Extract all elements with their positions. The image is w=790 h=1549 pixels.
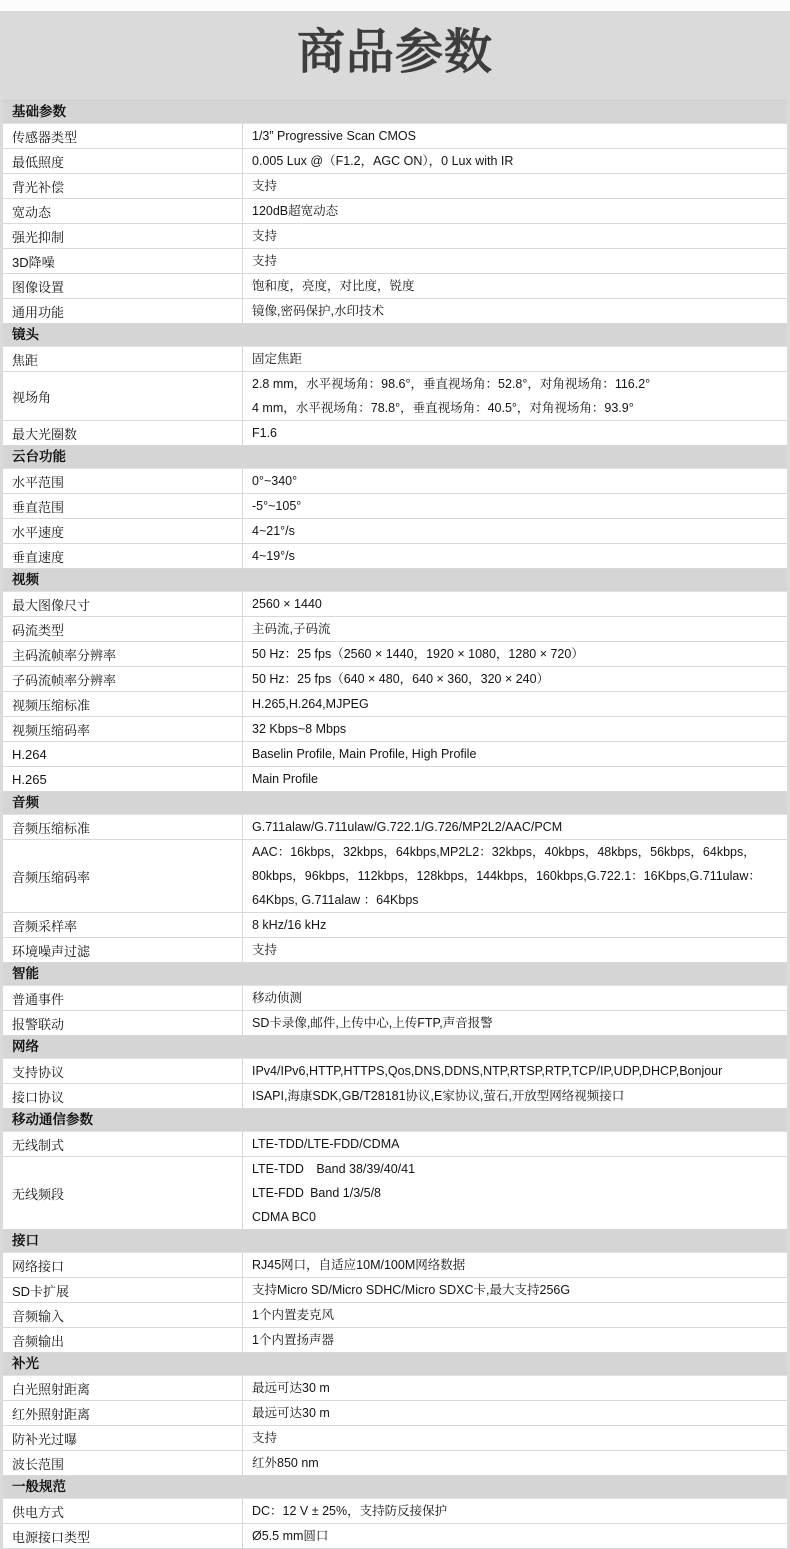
spec-row-value: 4~21°/s bbox=[243, 519, 787, 543]
title-area: 商品参数 bbox=[0, 11, 790, 100]
spec-row: 垂直速度 4~19°/s bbox=[3, 544, 787, 569]
section-rows: 传感器类型 1/3” Progressive Scan CMOS 最低照度 0.… bbox=[3, 124, 787, 324]
spec-row-label: 音频采样率 bbox=[3, 913, 243, 937]
spec-row-value: 0.005 Lux @（F1.2，AGC ON），0 Lux with IR bbox=[243, 149, 787, 173]
spec-row-label: 视频压缩标准 bbox=[3, 692, 243, 716]
spec-row-label: 传感器类型 bbox=[3, 124, 243, 148]
spec-row: 水平范围 0°~340° bbox=[3, 469, 787, 494]
spec-row: 水平速度 4~21°/s bbox=[3, 519, 787, 544]
spec-row-value: Ø5.5 mm圆口 bbox=[243, 1524, 787, 1548]
section-rows: 最大图像尺寸 2560 × 1440 码流类型 主码流,子码流 主码流帧率分辨率… bbox=[3, 592, 787, 792]
spec-row-value: 支持 bbox=[243, 224, 787, 248]
spec-row-value: 支持 bbox=[243, 938, 787, 962]
spec-row: H.265 Main Profile bbox=[3, 767, 787, 792]
spec-row: 宽动态 120dB超宽动态 bbox=[3, 199, 787, 224]
spec-row: 白光照射距离 最远可达30 m bbox=[3, 1376, 787, 1401]
spec-row-label: 波长范围 bbox=[3, 1451, 243, 1475]
spec-row-value: 4~19°/s bbox=[243, 544, 787, 568]
spec-row-label: 水平范围 bbox=[3, 469, 243, 493]
spec-row-label: 通用功能 bbox=[3, 299, 243, 323]
section-header: 视频 bbox=[3, 569, 787, 592]
spec-row-label: 无线频段 bbox=[3, 1157, 243, 1229]
spec-row-value: 50 Hz：25 fps（2560 × 1440，1920 × 1080，128… bbox=[243, 642, 787, 666]
spec-row: 音频压缩码率 AAC：16kbps，32kbps，64kbps,MP2L2：32… bbox=[3, 840, 787, 913]
spec-row: 视频压缩码率 32 Kbps~8 Mbps bbox=[3, 717, 787, 742]
spec-row-value: 0°~340° bbox=[243, 469, 787, 493]
spec-row-label: H.264 bbox=[3, 742, 243, 766]
spec-row-value: 50 Hz：25 fps（640 × 480，640 × 360，320 × 2… bbox=[243, 667, 787, 691]
spec-row: 音频压缩标准 G.711alaw/G.711ulaw/G.722.1/G.726… bbox=[3, 815, 787, 840]
spec-row: 最低照度 0.005 Lux @（F1.2，AGC ON），0 Lux with… bbox=[3, 149, 787, 174]
section-header: 网络 bbox=[3, 1036, 787, 1059]
section-rows: 音频压缩标准 G.711alaw/G.711ulaw/G.722.1/G.726… bbox=[3, 815, 787, 963]
spec-row: 音频采样率 8 kHz/16 kHz bbox=[3, 913, 787, 938]
spec-row: 音频输入 1个内置麦克风 bbox=[3, 1303, 787, 1328]
spec-row-label: 垂直速度 bbox=[3, 544, 243, 568]
spec-section-7: 移动通信参数 无线制式 LTE-TDD/LTE-FDD/CDMA 无线频段 LT… bbox=[3, 1109, 787, 1230]
spec-section-6: 网络 支持协议 IPv4/IPv6,HTTP,HTTPS,Qos,DNS,DDN… bbox=[3, 1036, 787, 1109]
spec-row: 支持协议 IPv4/IPv6,HTTP,HTTPS,Qos,DNS,DDNS,N… bbox=[3, 1059, 787, 1084]
section-rows: 水平范围 0°~340° 垂直范围 -5°~105° 水平速度 4~21°/s … bbox=[3, 469, 787, 569]
spec-row: 防补光过曝 支持 bbox=[3, 1426, 787, 1451]
spec-row: 无线频段 LTE-TDD Band 38/39/40/41 LTE-FDD Ba… bbox=[3, 1157, 787, 1230]
spec-row: 主码流帧率分辨率 50 Hz：25 fps（2560 × 1440，1920 ×… bbox=[3, 642, 787, 667]
spec-row-value: 支持 bbox=[243, 1426, 787, 1450]
spec-section-9: 补光 白光照射距离 最远可达30 m 红外照射距离 最远可达30 m 防补光过曝… bbox=[3, 1353, 787, 1476]
spec-row-label: 码流类型 bbox=[3, 617, 243, 641]
spec-row-label: 音频压缩标准 bbox=[3, 815, 243, 839]
spec-row-value: 红外850 nm bbox=[243, 1451, 787, 1475]
spec-section-4: 音频 音频压缩标准 G.711alaw/G.711ulaw/G.722.1/G.… bbox=[3, 792, 787, 963]
spec-row: 环境噪声过滤 支持 bbox=[3, 938, 787, 963]
section-rows: 支持协议 IPv4/IPv6,HTTP,HTTPS,Qos,DNS,DDNS,N… bbox=[3, 1059, 787, 1109]
spec-row-value: AAC：16kbps，32kbps，64kbps,MP2L2：32kbps，40… bbox=[243, 840, 787, 912]
spec-row-label: 普通事件 bbox=[3, 986, 243, 1010]
spec-row-label: 图像设置 bbox=[3, 274, 243, 298]
spec-row-label: 子码流帧率分辨率 bbox=[3, 667, 243, 691]
section-header: 一般规范 bbox=[3, 1476, 787, 1499]
section-header: 基础参数 bbox=[3, 101, 787, 124]
spec-row: 3D降噪 支持 bbox=[3, 249, 787, 274]
spec-row-label: 无线制式 bbox=[3, 1132, 243, 1156]
spec-row-label: 供电方式 bbox=[3, 1499, 243, 1523]
spec-row-value: H.265,H.264,MJPEG bbox=[243, 692, 787, 716]
spec-row-value: 最远可达30 m bbox=[243, 1376, 787, 1400]
spec-row-label: 红外照射距离 bbox=[3, 1401, 243, 1425]
spec-row-value: 固定焦距 bbox=[243, 347, 787, 371]
spec-row-label: 主码流帧率分辨率 bbox=[3, 642, 243, 666]
spec-row-value: 2560 × 1440 bbox=[243, 592, 787, 616]
spec-row: 电源接口类型 Ø5.5 mm圆口 bbox=[3, 1524, 787, 1549]
spec-row: 最大光圈数 F1.6 bbox=[3, 421, 787, 446]
spec-row-label: 防补光过曝 bbox=[3, 1426, 243, 1450]
spec-row: 报警联动 SD卡录像,邮件,上传中心,上传FTP,声音报警 bbox=[3, 1011, 787, 1036]
spec-row-value: LTE-TDD/LTE-FDD/CDMA bbox=[243, 1132, 787, 1156]
section-header: 镜头 bbox=[3, 324, 787, 347]
spec-row: 音频输出 1个内置扬声器 bbox=[3, 1328, 787, 1353]
spec-row-value: -5°~105° bbox=[243, 494, 787, 518]
spec-row: 视频压缩标准 H.265,H.264,MJPEG bbox=[3, 692, 787, 717]
spec-row: 垂直范围 -5°~105° bbox=[3, 494, 787, 519]
spec-row-value: 32 Kbps~8 Mbps bbox=[243, 717, 787, 741]
spec-row-value: SD卡录像,邮件,上传中心,上传FTP,声音报警 bbox=[243, 1011, 787, 1035]
spec-row-label: 白光照射距离 bbox=[3, 1376, 243, 1400]
spec-row-label: 焦距 bbox=[3, 347, 243, 371]
spec-section-0: 基础参数 传感器类型 1/3” Progressive Scan CMOS 最低… bbox=[3, 101, 787, 324]
spec-row-label: 电源接口类型 bbox=[3, 1524, 243, 1548]
spec-row-value: F1.6 bbox=[243, 421, 787, 445]
spec-row: 供电方式 DC：12 V ± 25%，支持防反接保护 bbox=[3, 1499, 787, 1524]
section-header: 接口 bbox=[3, 1230, 787, 1253]
spec-row-value: Main Profile bbox=[243, 767, 787, 791]
spec-row-label: 支持协议 bbox=[3, 1059, 243, 1083]
spec-row-value: ISAPI,海康SDK,GB/T28181协议,E家协议,萤石,开放型网络视频接… bbox=[243, 1084, 787, 1108]
spec-row-value: LTE-TDD Band 38/39/40/41 LTE-FDD Band 1/… bbox=[243, 1157, 787, 1229]
spec-row-label: 垂直范围 bbox=[3, 494, 243, 518]
spec-row: H.264 Baselin Profile, Main Profile, Hig… bbox=[3, 742, 787, 767]
spec-row-value: 支持Micro SD/Micro SDHC/Micro SDXC卡,最大支持25… bbox=[243, 1278, 787, 1302]
section-rows: 网络接口 RJ45网口，自适应10M/100M网络数据 SD卡扩展 支持Micr… bbox=[3, 1253, 787, 1353]
spec-row-value: 最远可达30 m bbox=[243, 1401, 787, 1425]
spec-section-1: 镜头 焦距 固定焦距 视场角 2.8 mm，水平视场角：98.6°，垂直视场角：… bbox=[3, 324, 787, 446]
spec-row: 视场角 2.8 mm，水平视场角：98.6°，垂直视场角：52.8°，对角视场角… bbox=[3, 372, 787, 421]
top-strip bbox=[0, 0, 790, 11]
section-header: 音频 bbox=[3, 792, 787, 815]
spec-row-value: 支持 bbox=[243, 174, 787, 198]
product-spec-page: 商品参数 基础参数 传感器类型 1/3” Progressive Scan CM… bbox=[0, 0, 790, 1549]
spec-row: 波长范围 红外850 nm bbox=[3, 1451, 787, 1476]
spec-row: 码流类型 主码流,子码流 bbox=[3, 617, 787, 642]
section-rows: 供电方式 DC：12 V ± 25%，支持防反接保护 电源接口类型 Ø5.5 m… bbox=[3, 1499, 787, 1549]
spec-row-label: 视场角 bbox=[3, 372, 243, 420]
spec-row-value: RJ45网口，自适应10M/100M网络数据 bbox=[243, 1253, 787, 1277]
spec-row-label: 环境噪声过滤 bbox=[3, 938, 243, 962]
spec-row: 网络接口 RJ45网口，自适应10M/100M网络数据 bbox=[3, 1253, 787, 1278]
spec-row: 子码流帧率分辨率 50 Hz：25 fps（640 × 480，640 × 36… bbox=[3, 667, 787, 692]
spec-row-value: 饱和度，亮度，对比度，锐度 bbox=[243, 274, 787, 298]
section-rows: 白光照射距离 最远可达30 m 红外照射距离 最远可达30 m 防补光过曝 支持… bbox=[3, 1376, 787, 1476]
spec-section-2: 云台功能 水平范围 0°~340° 垂直范围 -5°~105° 水平速度 4~2… bbox=[3, 446, 787, 569]
spec-section-5: 智能 普通事件 移动侦测 报警联动 SD卡录像,邮件,上传中心,上传FTP,声音… bbox=[3, 963, 787, 1036]
spec-row: 传感器类型 1/3” Progressive Scan CMOS bbox=[3, 124, 787, 149]
spec-row: 通用功能 镜像,密码保护,水印技术 bbox=[3, 299, 787, 324]
spec-row: 接口协议 ISAPI,海康SDK,GB/T28181协议,E家协议,萤石,开放型… bbox=[3, 1084, 787, 1109]
spec-row-value: DC：12 V ± 25%，支持防反接保护 bbox=[243, 1499, 787, 1523]
spec-row-value: 1个内置扬声器 bbox=[243, 1328, 787, 1352]
spec-row: 强光抑制 支持 bbox=[3, 224, 787, 249]
spec-row-value: G.711alaw/G.711ulaw/G.722.1/G.726/MP2L2/… bbox=[243, 815, 787, 839]
spec-row-value: 移动侦测 bbox=[243, 986, 787, 1010]
spec-row-label: 最大图像尺寸 bbox=[3, 592, 243, 616]
spec-row-label: 报警联动 bbox=[3, 1011, 243, 1035]
spec-row-label: H.265 bbox=[3, 767, 243, 791]
section-header: 补光 bbox=[3, 1353, 787, 1376]
spec-row-label: 最大光圈数 bbox=[3, 421, 243, 445]
section-rows: 焦距 固定焦距 视场角 2.8 mm，水平视场角：98.6°，垂直视场角：52.… bbox=[3, 347, 787, 446]
spec-row-label: 背光补偿 bbox=[3, 174, 243, 198]
section-rows: 普通事件 移动侦测 报警联动 SD卡录像,邮件,上传中心,上传FTP,声音报警 bbox=[3, 986, 787, 1036]
spec-section-3: 视频 最大图像尺寸 2560 × 1440 码流类型 主码流,子码流 主码流帧率… bbox=[3, 569, 787, 792]
spec-table: 基础参数 传感器类型 1/3” Progressive Scan CMOS 最低… bbox=[3, 100, 787, 1549]
spec-row: 最大图像尺寸 2560 × 1440 bbox=[3, 592, 787, 617]
spec-section-10: 一般规范 供电方式 DC：12 V ± 25%，支持防反接保护 电源接口类型 Ø… bbox=[3, 1476, 787, 1549]
spec-row-value: 2.8 mm，水平视场角：98.6°，垂直视场角：52.8°，对角视场角：116… bbox=[243, 372, 787, 420]
spec-row-value: IPv4/IPv6,HTTP,HTTPS,Qos,DNS,DDNS,NTP,RT… bbox=[243, 1059, 787, 1083]
spec-row-label: SD卡扩展 bbox=[3, 1278, 243, 1302]
spec-row-value: Baselin Profile, Main Profile, High Prof… bbox=[243, 742, 787, 766]
page-title: 商品参数 bbox=[297, 29, 493, 83]
spec-row: 红外照射距离 最远可达30 m bbox=[3, 1401, 787, 1426]
spec-row-label: 音频压缩码率 bbox=[3, 840, 243, 912]
spec-row-label: 音频输入 bbox=[3, 1303, 243, 1327]
spec-row: 普通事件 移动侦测 bbox=[3, 986, 787, 1011]
spec-row: 无线制式 LTE-TDD/LTE-FDD/CDMA bbox=[3, 1132, 787, 1157]
spec-row-value: 支持 bbox=[243, 249, 787, 273]
spec-row-value: 镜像,密码保护,水印技术 bbox=[243, 299, 787, 323]
spec-row-value: 1个内置麦克风 bbox=[243, 1303, 787, 1327]
spec-row-value: 1/3” Progressive Scan CMOS bbox=[243, 124, 787, 148]
spec-row: 焦距 固定焦距 bbox=[3, 347, 787, 372]
spec-row-label: 视频压缩码率 bbox=[3, 717, 243, 741]
spec-row: 图像设置 饱和度，亮度，对比度，锐度 bbox=[3, 274, 787, 299]
spec-row: 背光补偿 支持 bbox=[3, 174, 787, 199]
spec-row-label: 水平速度 bbox=[3, 519, 243, 543]
spec-row-label: 强光抑制 bbox=[3, 224, 243, 248]
spec-section-8: 接口 网络接口 RJ45网口，自适应10M/100M网络数据 SD卡扩展 支持M… bbox=[3, 1230, 787, 1353]
spec-row-label: 网络接口 bbox=[3, 1253, 243, 1277]
spec-row-value: 120dB超宽动态 bbox=[243, 199, 787, 223]
spec-row: SD卡扩展 支持Micro SD/Micro SDHC/Micro SDXC卡,… bbox=[3, 1278, 787, 1303]
spec-row-label: 3D降噪 bbox=[3, 249, 243, 273]
section-rows: 无线制式 LTE-TDD/LTE-FDD/CDMA 无线频段 LTE-TDD B… bbox=[3, 1132, 787, 1230]
section-header: 智能 bbox=[3, 963, 787, 986]
spec-row-label: 最低照度 bbox=[3, 149, 243, 173]
section-header: 云台功能 bbox=[3, 446, 787, 469]
spec-row-label: 音频输出 bbox=[3, 1328, 243, 1352]
spec-row-value: 8 kHz/16 kHz bbox=[243, 913, 787, 937]
spec-row-label: 接口协议 bbox=[3, 1084, 243, 1108]
section-header: 移动通信参数 bbox=[3, 1109, 787, 1132]
spec-row-value: 主码流,子码流 bbox=[243, 617, 787, 641]
spec-row-label: 宽动态 bbox=[3, 199, 243, 223]
